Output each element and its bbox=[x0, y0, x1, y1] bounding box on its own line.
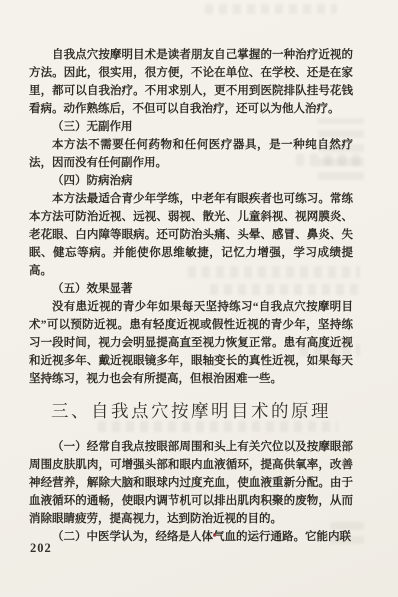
section-heading: 三、自我点穴按摩明目术的原理 bbox=[29, 398, 353, 425]
page-number: 202 bbox=[30, 541, 52, 556]
text-line: 坚持练习，视力也会有所提高，但根治困难一些。 bbox=[29, 370, 353, 388]
text-line: 老花眼、白内障等眼病。还可防治头痛、头晕、感冒、鼻炎、失 bbox=[29, 226, 353, 244]
paragraph: 自我点穴按摩明目术是读者朋友自己掌握的一种治疗近视的方法。因此，很实用，很方便，… bbox=[29, 46, 353, 118]
sub-heading: （四）防病治病 bbox=[29, 172, 353, 190]
book-page: 自我点穴按摩明目术是读者朋友自己掌握的一种治疗近视的方法。因此，很实用，很方便，… bbox=[0, 0, 398, 597]
text-line: （四）防病治病 bbox=[29, 172, 353, 190]
text-line: 本方法最适合青少年学练，中老年有眼疾者也可练习。常练 bbox=[29, 190, 353, 208]
text-line: 血液循环的通畅，使眼内调节机可以排出肌肉积聚的废物，从而 bbox=[29, 492, 353, 510]
text-line: 和近视多年、戴近视眼镜多年，眼轴变长的真性近视，如果每天 bbox=[29, 352, 353, 370]
text-line: 术”可以预防近视。患有轻度近视或假性近视的青少年，坚持练 bbox=[29, 316, 353, 334]
text-line: 高。 bbox=[29, 262, 353, 280]
text-line: 眠、健忘等病。并能使你思维敏捷，记忆力增强，学习成绩提 bbox=[29, 244, 353, 262]
text-line: 看病。动作熟练后，不但可以自我治疗，还可以为他人治疗。 bbox=[29, 100, 353, 118]
text-line: 习一段时间，视力会明显提高直至视力恢复正常。患有高度近视 bbox=[29, 334, 353, 352]
text-line: （三）无副作用 bbox=[29, 118, 353, 136]
ink-speck bbox=[213, 533, 216, 537]
text-line: （二）中医学认为，经络是人体气血的运行通路。它能内联 bbox=[29, 528, 353, 546]
text-line: 本方法不需要任何药物和任何医疗器具，是一种纯自然疗 bbox=[29, 136, 353, 154]
page-text-block: 自我点穴按摩明目术是读者朋友自己掌握的一种治疗近视的方法。因此，很实用，很方便，… bbox=[29, 46, 353, 546]
paragraph: （一）经常自我点按眼部周围和头上有关穴位以及按摩眼部周围皮肤肌肉，可增强头部和眼… bbox=[29, 438, 353, 528]
paragraph: 本方法最适合青少年学练，中老年有眼疾者也可练习。常练本方法可防治近视、远视、弱视… bbox=[29, 190, 353, 280]
text-line: 三、自我点穴按摩明目术的原理 bbox=[29, 398, 353, 425]
paragraph: 没有患近视的青少年如果每天坚持练习“自我点穴按摩明目术”可以预防近视。患有轻度近… bbox=[29, 298, 353, 388]
paragraph: 本方法不需要任何药物和任何医疗器具，是一种纯自然疗法，因而没有任何副作用。 bbox=[29, 136, 353, 172]
text-line: 本方法可防治近视、远视、弱视、散光、儿童斜视、视网膜炎、 bbox=[29, 208, 353, 226]
text-line: 没有患近视的青少年如果每天坚持练习“自我点穴按摩明目 bbox=[29, 298, 353, 316]
text-line: 消除眼睛疲劳，提高视力，达到防治近视的目的。 bbox=[29, 510, 353, 528]
text-line: 神经营养，解除大脑和眼球内过度充血，使血液重新分配。由于 bbox=[29, 474, 353, 492]
text-line: 法，因而没有任何副作用。 bbox=[29, 154, 353, 172]
text-line: 方法。因此，很实用，很方便，不论在单位、在学校、还是在家 bbox=[29, 64, 353, 82]
text-line: （一）经常自我点按眼部周围和头上有关穴位以及按摩眼部 bbox=[29, 438, 353, 456]
sub-heading: （五）效果显著 bbox=[29, 280, 353, 298]
sub-heading: （三）无副作用 bbox=[29, 118, 353, 136]
paragraph: （二）中医学认为，经络是人体气血的运行通路。它能内联 bbox=[29, 528, 353, 546]
text-line: 自我点穴按摩明目术是读者朋友自己掌握的一种治疗近视的 bbox=[29, 46, 353, 64]
text-line: （五）效果显著 bbox=[29, 280, 353, 298]
text-line: 周围皮肤肌肉，可增强头部和眼内血液循环，提高供氧率，改善 bbox=[29, 456, 353, 474]
bleedthrough-mark bbox=[205, 4, 337, 14]
text-line: 里，都可以自我治疗。不用求别人，更不用到医院排队挂号花钱 bbox=[29, 82, 353, 100]
